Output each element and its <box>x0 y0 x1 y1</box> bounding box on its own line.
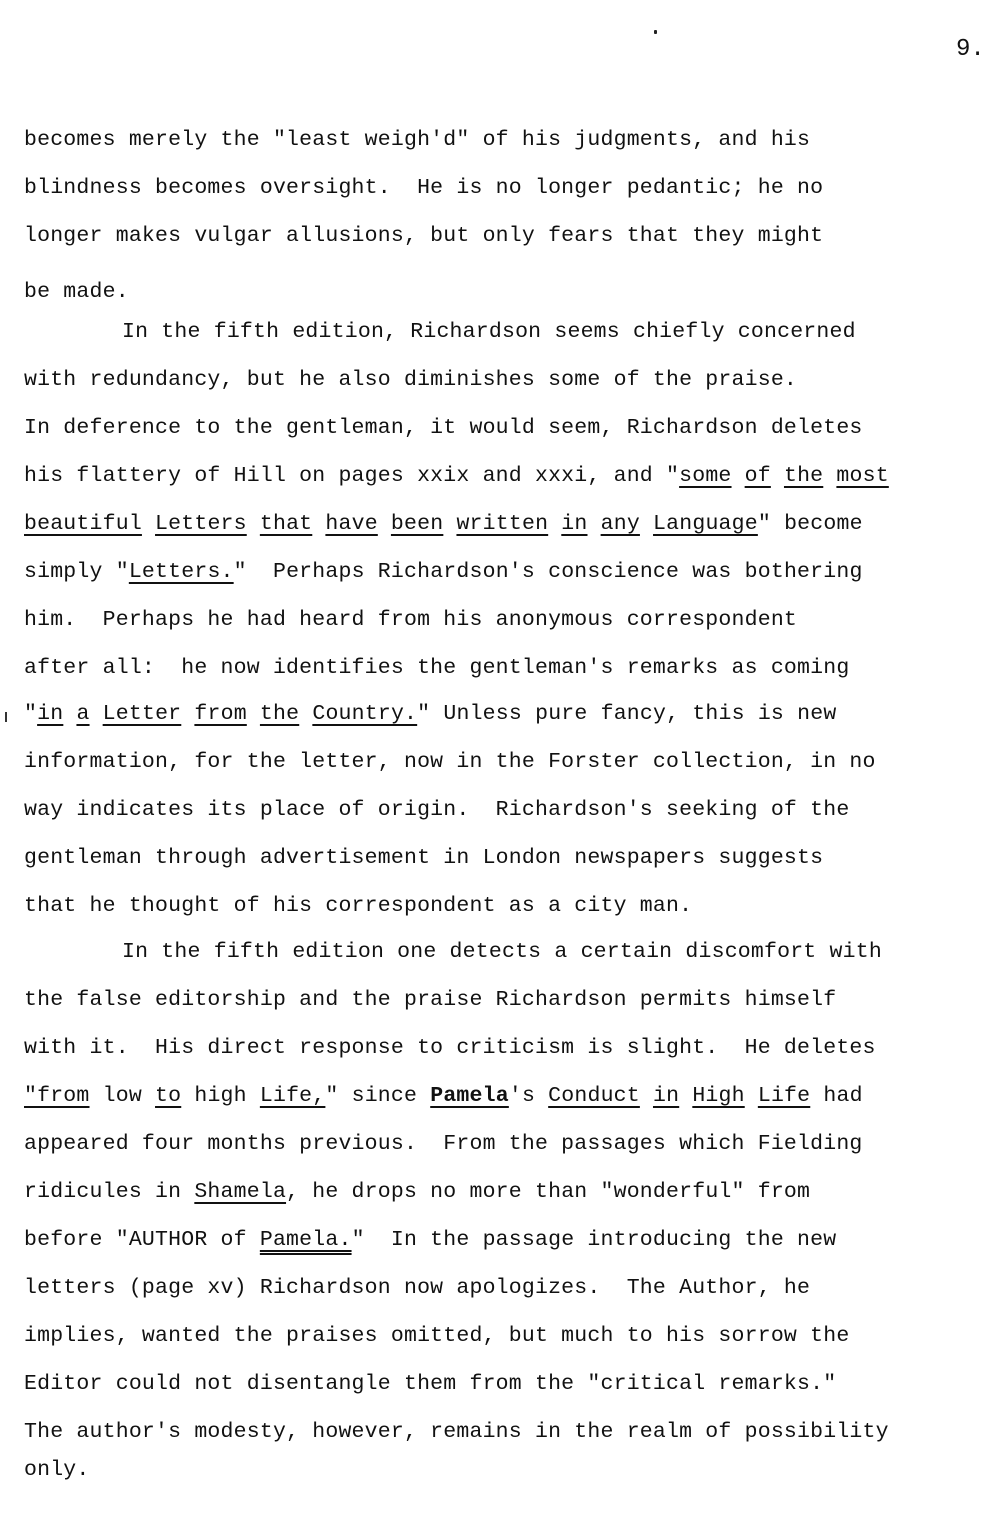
underlined-text: Life, <box>260 1084 326 1108</box>
underlined-text: Letter <box>103 702 182 726</box>
text-line: Editor could not disentangle them from t… <box>24 1370 836 1398</box>
underlined-text: Shamela <box>194 1180 286 1204</box>
text-line: information, for the letter, now in the … <box>24 748 876 776</box>
underlined-text: in <box>653 1084 679 1108</box>
text-segment: " Perhaps Richardson's conscience was bo… <box>234 560 863 584</box>
text-segment <box>640 512 653 536</box>
text-line: beautiful Letters that have been written… <box>24 510 863 538</box>
text-segment: blindness becomes oversight. He is no lo… <box>24 176 823 200</box>
text-segment: simply " <box>24 560 129 584</box>
text-segment <box>299 702 312 726</box>
underlined-text: most <box>836 464 888 488</box>
text-segment: be made. <box>24 280 129 304</box>
underlined-text: have <box>325 512 377 536</box>
text-segment: longer makes vulgar allusions, but only … <box>24 224 823 248</box>
text-segment: implies, wanted the praises omitted, but… <box>24 1324 849 1348</box>
text-line: ridicules in Shamela, he drops no more t… <box>24 1178 810 1206</box>
text-line: appeared four months previous. From the … <box>24 1130 863 1158</box>
text-line: after all: he now identifies the gentlem… <box>24 654 849 682</box>
text-segment <box>90 702 103 726</box>
text-segment <box>640 1084 653 1108</box>
text-segment: letters (page xv) Richardson now apologi… <box>24 1276 810 1300</box>
text-line: only. <box>24 1456 90 1484</box>
text-segment: high <box>181 1084 260 1108</box>
text-segment <box>823 464 836 488</box>
text-line: In deference to the gentleman, it would … <box>24 414 863 442</box>
underlined-text: Country. <box>312 702 417 726</box>
underlined-text: "from <box>24 1084 90 1108</box>
underlined-text: High <box>692 1084 744 1108</box>
text-segment <box>679 1084 692 1108</box>
text-segment <box>548 512 561 536</box>
underlined-text: Conduct <box>548 1084 640 1108</box>
text-line: before "AUTHOR of Pamela." In the passag… <box>24 1226 836 1254</box>
text-line: longer makes vulgar allusions, but only … <box>24 222 823 250</box>
text-segment: " since <box>325 1084 430 1108</box>
text-segment: In deference to the gentleman, it would … <box>24 416 863 440</box>
text-segment: after all: he now identifies the gentlem… <box>24 656 849 680</box>
underlined-text: the <box>784 464 823 488</box>
text-segment: ridicules in <box>24 1180 194 1204</box>
underlined-text: that <box>260 512 312 536</box>
ink-speck <box>654 30 657 34</box>
text-segment: 's <box>509 1084 548 1108</box>
text-line: his flattery of Hill on pages xxix and x… <box>24 462 889 490</box>
text-segment <box>63 702 76 726</box>
text-segment: In the fifth edition, Richardson seems c… <box>122 320 856 344</box>
text-segment <box>247 702 260 726</box>
text-line: letters (page xv) Richardson now apologi… <box>24 1274 810 1302</box>
text-segment <box>142 512 155 536</box>
underlined-text: beautiful <box>24 512 142 536</box>
text-segment <box>443 512 456 536</box>
text-segment <box>247 512 260 536</box>
underlined-text: some <box>679 464 731 488</box>
page-number: 9. <box>956 36 985 63</box>
text-segment: appeared four months previous. From the … <box>24 1132 863 1156</box>
text-segment: that he thought of his correspondent as … <box>24 894 692 918</box>
margin-mark <box>5 712 7 722</box>
text-segment: , he drops no more than "wonderful" from <box>286 1180 810 1204</box>
text-segment: him. Perhaps he had heard from his anony… <box>24 608 797 632</box>
underlined-text: Letters. <box>129 560 234 584</box>
underlined-text: Pamela <box>430 1084 509 1108</box>
underlined-text: Life <box>758 1084 810 1108</box>
text-line: with it. His direct response to criticis… <box>24 1034 876 1062</box>
text-line: "from low to high Life," since Pamela's … <box>24 1082 863 1110</box>
underlined-text: the <box>260 702 299 726</box>
underlined-text: Letters <box>155 512 247 536</box>
text-line: blindness becomes oversight. He is no lo… <box>24 174 823 202</box>
text-line: simply "Letters." Perhaps Richardson's c… <box>24 558 863 586</box>
text-segment <box>181 702 194 726</box>
text-segment <box>312 512 325 536</box>
underlined-text: any <box>601 512 640 536</box>
underlined-text: in <box>37 702 63 726</box>
underlined-text: a <box>76 702 89 726</box>
underlined-text: been <box>391 512 443 536</box>
text-line: be made. <box>24 278 129 306</box>
text-segment: The author's modesty, however, remains i… <box>24 1420 889 1444</box>
text-line: In the fifth edition one detects a certa… <box>122 938 882 966</box>
text-segment: before "AUTHOR of <box>24 1228 260 1252</box>
text-segment: Editor could not disentangle them from t… <box>24 1372 836 1396</box>
text-line: that he thought of his correspondent as … <box>24 892 692 920</box>
text-segment <box>378 512 391 536</box>
double-underlined-text: Pamela. <box>260 1228 352 1252</box>
text-line: gentleman through advertisement in Londo… <box>24 844 823 872</box>
text-segment: his flattery of Hill on pages xxix and x… <box>24 464 679 488</box>
text-line: the false editorship and the praise Rich… <box>24 986 836 1014</box>
text-line: way indicates its place of origin. Richa… <box>24 796 849 824</box>
text-line: The author's modesty, however, remains i… <box>24 1418 889 1446</box>
text-segment: with redundancy, but he also diminishes … <box>24 368 797 392</box>
text-line: becomes merely the "least weigh'd" of hi… <box>24 126 810 154</box>
text-segment: the false editorship and the praise Rich… <box>24 988 836 1012</box>
underlined-text: from <box>194 702 246 726</box>
text-segment: with it. His direct response to criticis… <box>24 1036 876 1060</box>
underlined-text: Language <box>653 512 758 536</box>
underlined-text: of <box>745 464 771 488</box>
text-line: implies, wanted the praises omitted, but… <box>24 1322 849 1350</box>
text-segment: only. <box>24 1458 90 1482</box>
text-segment: becomes merely the "least weigh'd" of hi… <box>24 128 810 152</box>
text-line: "in a Letter from the Country." Unless p… <box>24 700 836 728</box>
text-line: with redundancy, but he also diminishes … <box>24 366 797 394</box>
text-segment: gentleman through advertisement in Londo… <box>24 846 823 870</box>
text-segment <box>745 1084 758 1108</box>
text-segment: way indicates its place of origin. Richa… <box>24 798 849 822</box>
text-segment <box>588 512 601 536</box>
text-segment <box>771 464 784 488</box>
text-segment: " In the passage introducing the new <box>352 1228 837 1252</box>
text-segment: information, for the letter, now in the … <box>24 750 876 774</box>
text-line: him. Perhaps he had heard from his anony… <box>24 606 797 634</box>
text-segment: In the fifth edition one detects a certa… <box>122 940 882 964</box>
underlined-text: in <box>561 512 587 536</box>
underlined-text: written <box>456 512 548 536</box>
text-segment: low <box>90 1084 156 1108</box>
text-segment <box>732 464 745 488</box>
text-segment: " Unless pure fancy, this is new <box>417 702 836 726</box>
text-line: In the fifth edition, Richardson seems c… <box>122 318 856 346</box>
text-segment: had <box>810 1084 862 1108</box>
text-segment: " become <box>758 512 863 536</box>
underlined-text: to <box>155 1084 181 1108</box>
text-segment: " <box>24 702 37 726</box>
